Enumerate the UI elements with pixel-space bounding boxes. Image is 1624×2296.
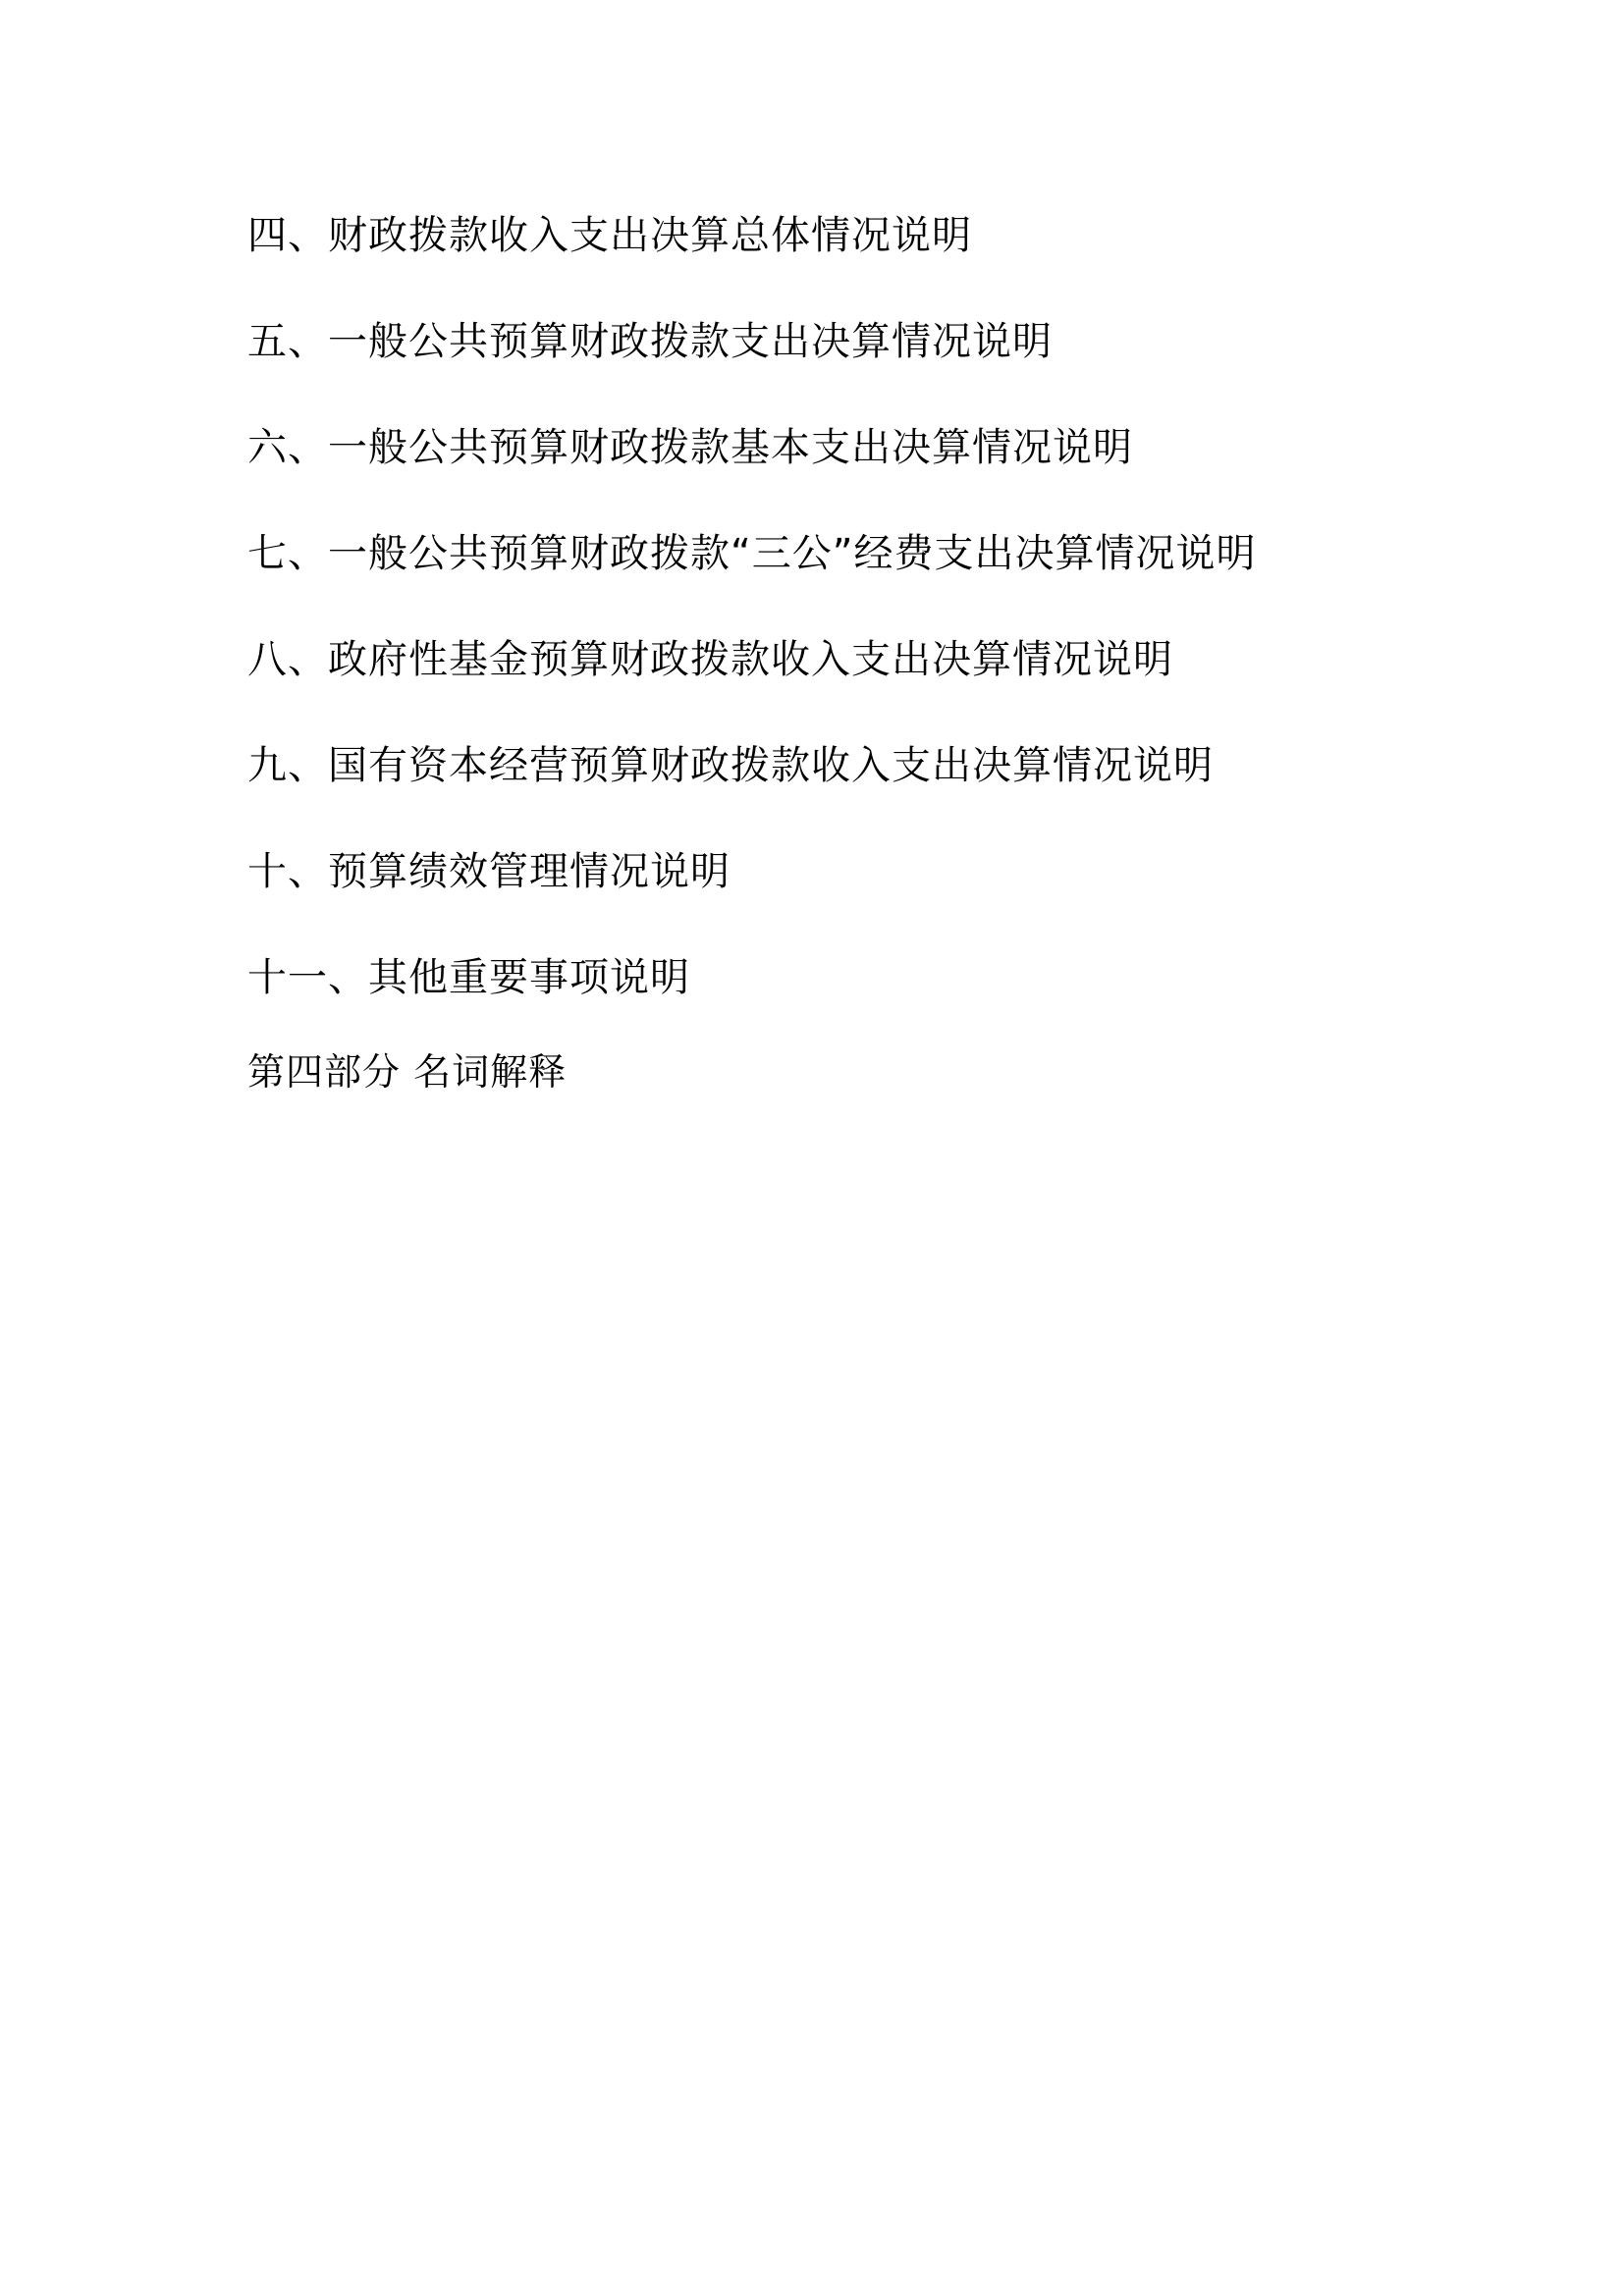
toc-item-section-8: 八、政府性基金预算财政拨款收入支出决算情况说明 [247, 634, 1256, 740]
document-page: 四、财政拨款收入支出决算总体情况说明 五、一般公共预算财政拨款支出决算情况说明 … [0, 0, 1624, 2296]
table-of-contents-list: 四、财政拨款收入支出决算总体情况说明 五、一般公共预算财政拨款支出决算情况说明 … [247, 210, 1256, 1058]
toc-item-section-7: 七、一般公共预算财政拨款“三公”经费支出决算情况说明 [247, 528, 1256, 634]
toc-item-section-9: 九、国有资本经营预算财政拨款收入支出决算情况说明 [247, 740, 1256, 846]
toc-item-section-11: 十一、其他重要事项说明 [247, 952, 1256, 1058]
part-four-heading: 第四部分 名词解释 [247, 1046, 567, 1097]
toc-item-section-4: 四、财政拨款收入支出决算总体情况说明 [247, 210, 1256, 316]
toc-item-section-6: 六、一般公共预算财政拨款基本支出决算情况说明 [247, 422, 1256, 528]
toc-item-section-10: 十、预算绩效管理情况说明 [247, 846, 1256, 952]
toc-item-section-5: 五、一般公共预算财政拨款支出决算情况说明 [247, 316, 1256, 422]
